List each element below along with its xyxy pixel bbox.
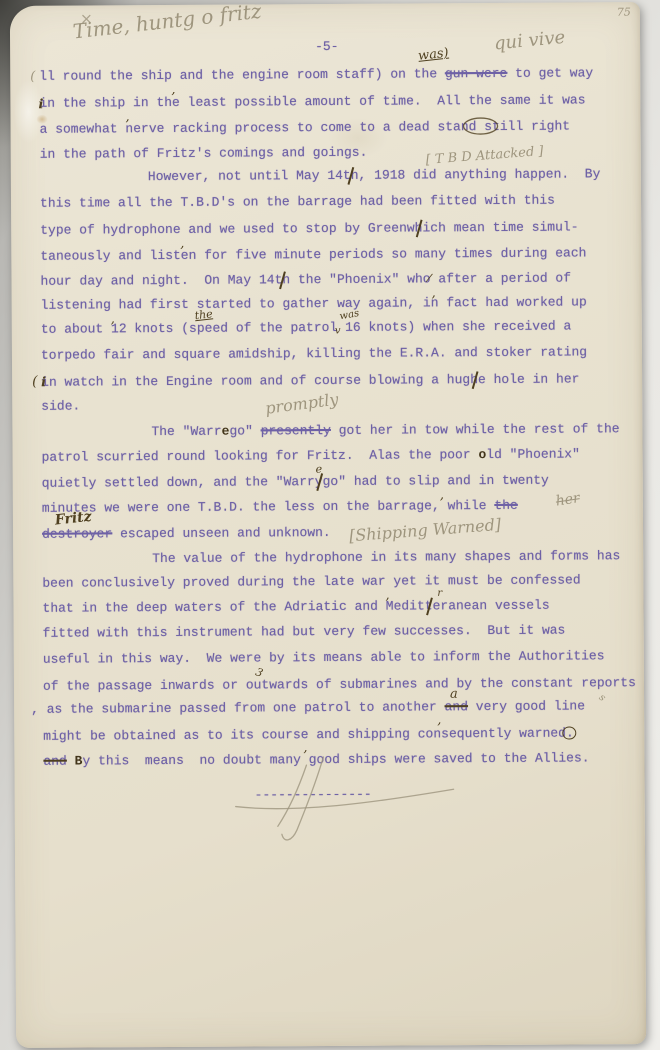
- typed-line: ---------------: [255, 787, 372, 804]
- handwritten-annotation: ,: [111, 312, 115, 327]
- typed-line: a somewhat nerve racking process to come…: [40, 119, 571, 138]
- handwritten-annotation: [ T B D Attacked ]: [425, 144, 544, 168]
- typed-text-segment: go": [229, 423, 260, 438]
- typed-text-segment: in watch in the Engine room and of cours…: [41, 372, 470, 390]
- typed-text-segment: been conclusively proved during the late…: [42, 572, 580, 590]
- handwritten-annotation: her: [555, 490, 581, 509]
- typed-text-segment: side.: [41, 399, 80, 414]
- typed-text-segment: escaped unseen and unknown.: [112, 525, 331, 541]
- typed-text-segment: that in the deep waters of the Adriatic …: [42, 598, 424, 615]
- typed-line: in the ship in the least possible amount…: [39, 92, 585, 111]
- typed-line: However, not until May 14th, 1918 did an…: [148, 166, 601, 185]
- typed-line: quietly settled down, and the "Warrygo" …: [42, 473, 549, 492]
- typed-line: that in the deep waters of the Adriatic …: [42, 598, 549, 617]
- typed-text-segment: torpedo fair and square amidship, killin…: [41, 344, 587, 362]
- handwritten-annotation: s: [597, 692, 608, 704]
- folio-number: 75: [617, 6, 631, 19]
- typed-text-segment: y: [315, 474, 323, 489]
- typed-line: in the path of Fritz's comings and going…: [40, 145, 368, 163]
- typed-text-segment: e hole in her: [478, 371, 580, 387]
- typed-text-segment: fitted with this instrument had but very…: [43, 623, 566, 641]
- handwritten-annotation: promptly: [264, 390, 339, 418]
- typed-text-segment: quietly settled down, and the "Warr: [42, 474, 315, 491]
- typed-text-segment: useful in this way. We were by its means…: [43, 648, 605, 666]
- handwritten-annotation: the: [194, 307, 213, 322]
- typed-text-segment: o: [478, 447, 486, 462]
- handwritten-annotation: ,: [171, 82, 175, 97]
- typed-line: fitted with this instrument had but very…: [43, 623, 566, 642]
- handwritten-annotation: was): [417, 46, 449, 64]
- handwritten-annotation: Time, huntg o fritz: [72, 2, 263, 43]
- handwritten-annotation: ,: [440, 488, 444, 503]
- typed-text-segment: ---------------: [255, 787, 372, 803]
- typed-text-segment: and: [43, 754, 66, 769]
- typed-text-segment: B: [75, 754, 83, 769]
- handwritten-annotation: i: [41, 375, 46, 390]
- typed-text-segment: th: [343, 168, 359, 183]
- typed-text-segment: got her in tow while the rest of the: [331, 421, 620, 438]
- typed-line: in watch in the Engine room and of cours…: [41, 371, 579, 390]
- typed-text-segment: the: [494, 498, 517, 513]
- handwritten-annotation: [Shipping Warned]: [348, 515, 501, 546]
- typed-text-segment: h: [470, 372, 478, 387]
- typed-text-segment: presently: [261, 423, 331, 438]
- typed-text-segment: y this means no doubt many good ships we…: [82, 750, 589, 768]
- typed-text-segment: er: [433, 598, 449, 613]
- handwritten-annotation: ,: [432, 286, 436, 301]
- typed-text-segment: patrol scurried round looking for Fritz.…: [42, 447, 479, 465]
- typed-line: destroyer escaped unseen and unknown.: [42, 525, 331, 543]
- typed-text-segment: minutes we were one T.B.D. the less on t…: [42, 498, 495, 516]
- typed-text-segment: listening had first started to gather wa…: [41, 294, 587, 312]
- typed-line: side.: [41, 399, 80, 415]
- typed-line: The value of the hydrophone in its many …: [152, 548, 620, 567]
- typed-line: useful in this way. We were by its means…: [43, 648, 605, 667]
- handwritten-annotation: ,: [125, 110, 129, 125]
- handwritten-annotation: ,: [303, 741, 307, 756]
- typed-text-segment: , 1918 did anything happen. By: [358, 166, 600, 182]
- typed-text-segment: t: [425, 598, 433, 613]
- paper-sheet: -5- 75 ll round the ship and the engine …: [10, 2, 646, 1048]
- typed-text-segment: in the path of Fritz's comings and going…: [40, 145, 368, 162]
- typed-text-segment: type of hydrophone and we used to stop b…: [40, 220, 415, 237]
- typed-text-segment: anean vessels: [448, 598, 550, 614]
- document-scan-page: -5- 75 ll round the ship and the engine …: [10, 2, 646, 1048]
- typed-line: might be obtained as to its course and s…: [43, 726, 574, 745]
- typed-text-segment: ld "Phoenix": [486, 446, 580, 462]
- typed-text-segment: to about 12 knots (speed of the patrol 1…: [41, 319, 572, 337]
- typed-text-segment: of the passage inwards or outwards of su…: [43, 675, 636, 694]
- handwritten-annotation: a: [450, 687, 458, 702]
- handwritten-annotation: ,: [385, 588, 389, 603]
- typed-line: listening had first started to gather wa…: [41, 294, 587, 313]
- typed-text-segment: , as the submarine passed from one patro…: [31, 699, 445, 717]
- typed-text-segment: a somewhat nerve racking process to come…: [40, 119, 571, 137]
- typed-text-segment: in the ship in the least possible amount…: [39, 92, 585, 110]
- handwritten-annotation: ,: [180, 236, 184, 251]
- typed-line: taneously and listen for five minute per…: [40, 245, 586, 264]
- typed-line: The "Warrego" presently got her in tow w…: [151, 421, 619, 440]
- typed-text-segment: e: [222, 424, 230, 439]
- handwritten-annotation: i: [38, 97, 43, 112]
- typed-line: type of hydrophone and we used to stop b…: [40, 219, 578, 238]
- handwritten-annotation: e: [316, 463, 323, 476]
- typed-text-segment: However, not until May 14: [148, 168, 343, 184]
- typed-line: this time all the T.B.D's on the barrage…: [40, 193, 555, 212]
- typed-line: patrol scurried round looking for Fritz.…: [42, 446, 580, 465]
- typed-line: been conclusively proved during the late…: [42, 572, 580, 591]
- handwritten-annotation: (: [32, 374, 38, 390]
- typed-text-segment: this time all the T.B.D's on the barrage…: [40, 193, 555, 211]
- typed-line: hour day and night. On May 14th the "Pho…: [40, 271, 571, 290]
- typed-line: torpedo fair and square amidship, killin…: [41, 344, 587, 363]
- typed-text-segment: th: [275, 272, 291, 287]
- typed-text-segment: The value of the hydrophone in its many …: [152, 548, 620, 566]
- typed-text-segment: destroyer: [42, 526, 112, 541]
- typed-line: to about 12 knots (speed of the patrol 1…: [41, 319, 572, 338]
- typed-text-segment: very good line: [468, 698, 585, 714]
- typed-text-segment: h: [415, 220, 423, 235]
- typed-text-segment: The "Warr: [151, 424, 221, 439]
- handwritten-annotation: ,: [437, 713, 441, 728]
- typed-text-segment: taneously and listen for five minute per…: [40, 245, 586, 263]
- typed-text-segment: ich mean time simul-: [422, 219, 578, 235]
- handwritten-annotation: r: [437, 588, 442, 599]
- handwritten-annotation: qui vive: [493, 27, 566, 55]
- typed-text-segment: ll round the ship and the engine room st…: [39, 66, 445, 83]
- handwritten-annotation: v: [335, 325, 341, 336]
- typed-text-segment: go" had to slip and in twenty: [323, 473, 549, 489]
- page-number: -5-: [315, 39, 339, 55]
- typed-line: minutes we were one T.B.D. the less on t…: [42, 498, 518, 517]
- typed-line: of the passage inwards or outwards of su…: [43, 675, 636, 695]
- typed-text-segment: gun were: [445, 66, 508, 81]
- typed-text-segment: hour day and night. On May 14: [40, 272, 274, 288]
- typed-text-segment: to get way: [507, 65, 593, 81]
- typed-line: , as the submarine passed from one patro…: [31, 698, 585, 717]
- typed-line: and By this means no doubt many good shi…: [43, 750, 589, 769]
- typed-text-segment: .: [566, 726, 574, 741]
- typed-line: ll round the ship and the engine room st…: [39, 65, 593, 84]
- handwritten-annotation: (: [30, 69, 35, 84]
